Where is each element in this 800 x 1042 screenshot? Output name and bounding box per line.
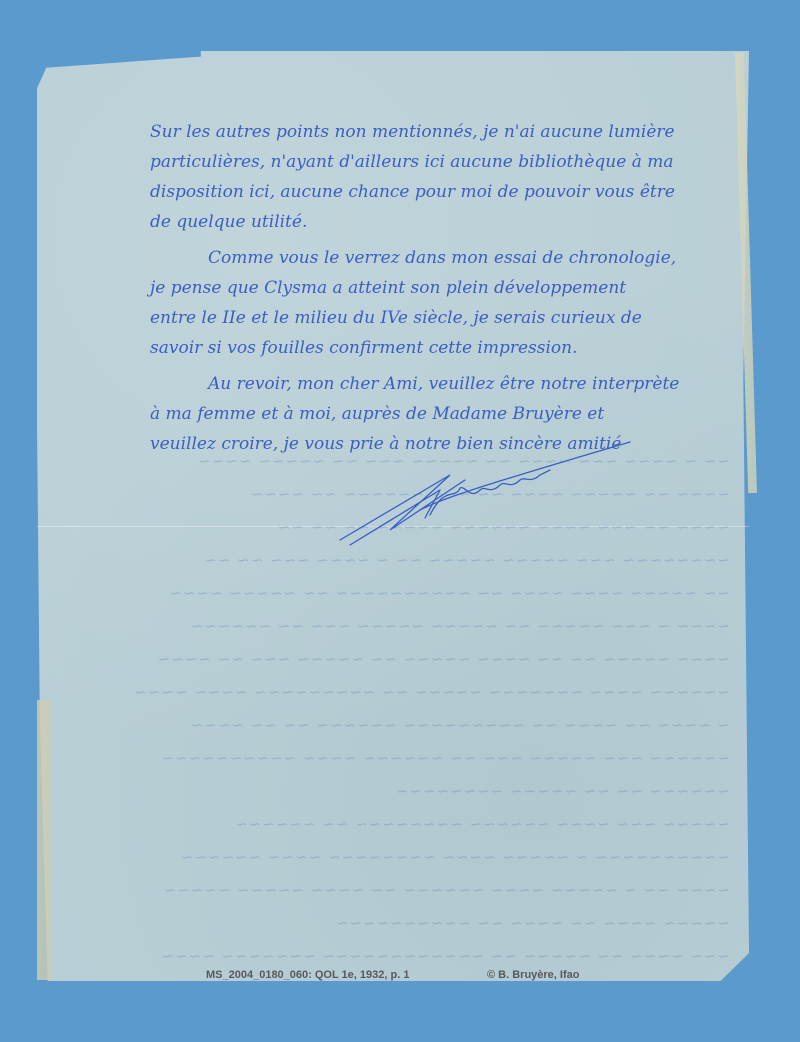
paragraph-1: Sur les autres points non mentionnés, je…	[150, 117, 770, 237]
letter-line: disposition ici, aucune chance pour moi …	[150, 177, 770, 207]
paragraph-2: Comme vous le verrez dans mon essai de c…	[150, 243, 770, 363]
letter-line: Au revoir, mon cher Ami, veuillez être n…	[150, 369, 770, 399]
letter-line: Comme vous le verrez dans mon essai de c…	[150, 243, 770, 273]
letter-line: Sur les autres points non mentionnés, je…	[150, 117, 770, 147]
letter-line: savoir si vos fouilles confirment cette …	[150, 333, 770, 363]
archive-reference: MS_2004_0180_060: QOL 1e, 1932, p. 1	[206, 969, 409, 981]
letter-line: je pense que Clysma a atteint son plein …	[150, 273, 770, 303]
paper-torn-edge-left	[37, 700, 51, 980]
letter-line: entre le IIe et le milieu du IVe siècle,…	[150, 303, 770, 333]
signature-icon	[330, 430, 640, 550]
letter-line: à ma femme et à moi, auprès de Madame Br…	[150, 399, 770, 429]
letter-body: Sur les autres points non mentionnés, je…	[150, 117, 770, 459]
letter-line: de quelque utilité.	[150, 207, 770, 237]
letter-line: particulières, n'ayant d'ailleurs ici au…	[150, 147, 770, 177]
copyright-notice: © B. Bruyère, Ifao	[487, 969, 579, 981]
archive-caption: MS_2004_0180_060: QOL 1e, 1932, p. 1 © B…	[0, 965, 800, 987]
